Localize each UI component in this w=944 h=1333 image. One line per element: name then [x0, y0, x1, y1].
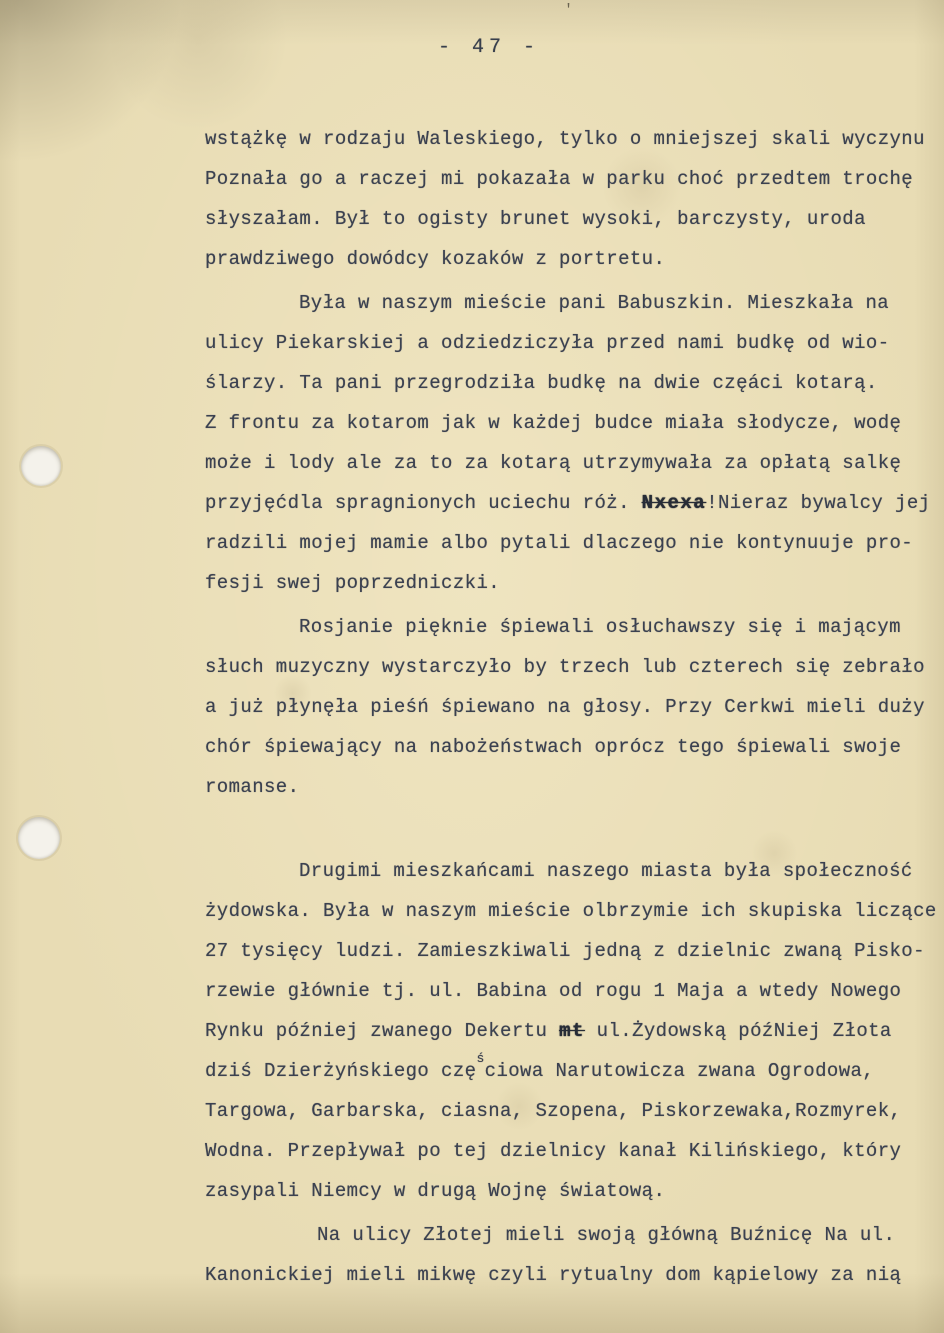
typed-text-segment: może i lody ale za to za kotarą utrzymyw…: [205, 452, 901, 474]
typed-text-segment: rzewie głównie tj. ul. Babina od rogu 1 …: [205, 980, 901, 1002]
typed-line: może i lody ale za to za kotarą utrzymyw…: [205, 443, 929, 483]
typed-text-segment: Drugimi mieszkańcami naszego miasta była…: [299, 860, 913, 882]
typed-line: Drugimi mieszkańcami naszego miasta była…: [205, 851, 929, 891]
typed-text-segment: słyszałam. Był to ogisty brunet wysoki, …: [205, 208, 866, 230]
typed-line: zasypali Niemcy w drugą Wojnę światową.: [205, 1171, 929, 1211]
typed-text-segment: Z frontu za kotarom jak w każdej budce m…: [205, 412, 901, 434]
typed-line: Targowa, Garbarska, ciasna, Szopena, Pis…: [205, 1091, 929, 1131]
typed-line: a już płynęła pieśń śpiewano na głosy. P…: [205, 687, 929, 727]
typed-line: rzewie głównie tj. ul. Babina od rogu 1 …: [205, 971, 929, 1011]
paragraph: wstążkę w rodzaju Waleskiego, tylko o mn…: [205, 119, 929, 279]
typed-text-segment: żydowska. Była w naszym mieście olbrzymi…: [205, 900, 937, 922]
typed-text-segment: wstążkę w rodzaju Waleskiego, tylko o mn…: [205, 128, 925, 150]
punch-hole-bottom: [18, 817, 60, 859]
typed-line: dziś Dzierżyńskiego częściowa Narutowicz…: [205, 1051, 929, 1091]
typed-text-segment: Na ulicy Złotej mieli swoją główną Buźni…: [317, 1224, 895, 1246]
typed-text-segment: !Nieraz bywalcy jej: [706, 492, 930, 514]
typed-text-segment: słuch muzyczny wystarczyło by trzech lub…: [205, 656, 925, 678]
typed-line: ślarzy. Ta pani przegrodziła budkę na dw…: [205, 363, 929, 403]
typed-line: słuch muzyczny wystarczyło by trzech lub…: [205, 647, 929, 687]
typed-line: Rynku później zwanego Dekertu mt ul.Żydo…: [205, 1011, 929, 1051]
struck-out-word: Nxexa: [642, 492, 707, 514]
page-number: - 47 -: [438, 36, 540, 59]
paragraph: Była w naszym mieście pani Babuszkin. Mi…: [205, 283, 929, 603]
paragraph: Drugimi mieszkańcami naszego miasta była…: [205, 851, 929, 1211]
typed-correction: ś: [476, 1054, 484, 1064]
typed-line: ulicy Piekarskiej a odziedziczyła przed …: [205, 323, 929, 363]
typed-line: słyszałam. Był to ogisty brunet wysoki, …: [205, 199, 929, 239]
typed-text-segment: a już płynęła pieśń śpiewano na głosy. P…: [205, 696, 925, 718]
struck-out-word: mt: [559, 1020, 585, 1042]
typed-line: radzili mojej mamie albo pytali dlaczego…: [205, 523, 929, 563]
typed-line: prawdziwego dowódcy kozaków z portretu.: [205, 239, 929, 279]
typed-line: Kanonickiej mieli mikwę czyli rytualny d…: [205, 1255, 929, 1295]
paragraph: Na ulicy Złotej mieli swoją główną Buźni…: [205, 1215, 929, 1295]
typed-text-segment: Poznała go a raczej mi pokazała w parku …: [205, 168, 913, 190]
typed-text-segment: ciowa Narutowicza zwana Ogrodowa,: [485, 1060, 874, 1082]
typed-line: fesji swej poprzedniczki.: [205, 563, 929, 603]
typed-text-segment: ulicy Piekarskiej a odziedziczyła przed …: [205, 332, 890, 354]
typed-text-segment: chór śpiewający na nabożeństwach oprócz …: [205, 736, 901, 758]
punch-hole-top: [21, 446, 61, 486]
typed-line: Wodna. Przepływał po tej dzielnicy kanał…: [205, 1131, 929, 1171]
typed-line: przyjęćdla spragnionych uciechu róż. Nxe…: [205, 483, 929, 523]
typed-line: Była w naszym mieście pani Babuszkin. Mi…: [205, 283, 929, 323]
typed-line: Poznała go a raczej mi pokazała w parku …: [205, 159, 929, 199]
typed-text-segment: Rosjanie pięknie śpiewali osłuchawszy si…: [299, 616, 901, 638]
stray-ink-mark: ': [564, 2, 573, 19]
typed-line: romanse.: [205, 767, 929, 807]
typed-text-segment: ul.Żydowską późNiej Złota: [585, 1020, 892, 1042]
typed-text-segment: fesji swej poprzedniczki.: [205, 572, 500, 594]
typed-line: 27 tysięcy ludzi. Zamieszkiwali jedną z …: [205, 931, 929, 971]
typed-text-segment: prawdziwego dowódcy kozaków z portretu.: [205, 248, 665, 270]
paragraph: Rosjanie pięknie śpiewali osłuchawszy si…: [205, 607, 929, 807]
typewritten-document-page: ' - 47 - wstążkę w rodzaju Waleskiego, t…: [0, 0, 944, 1333]
typed-text-segment: romanse.: [205, 776, 299, 798]
typed-line: Rosjanie pięknie śpiewali osłuchawszy si…: [205, 607, 929, 647]
typed-text: wstążkę w rodzaju Waleskiego, tylko o mn…: [205, 119, 929, 1299]
typed-text-segment: Wodna. Przepływał po tej dzielnicy kanał…: [205, 1140, 901, 1162]
typed-text-segment: dziś Dzierżyńskiego czę: [205, 1060, 476, 1082]
typed-text-segment: radzili mojej mamie albo pytali dlaczego…: [205, 532, 913, 554]
typed-text-segment: przyjęćdla spragnionych uciechu róż.: [205, 492, 642, 514]
typed-text-segment: Rynku później zwanego Dekertu: [205, 1020, 559, 1042]
typed-text-segment: zasypali Niemcy w drugą Wojnę światową.: [205, 1180, 665, 1202]
typed-text-segment: ślarzy. Ta pani przegrodziła budkę na dw…: [205, 372, 878, 394]
typed-line: Na ulicy Złotej mieli swoją główną Buźni…: [205, 1215, 929, 1255]
typed-line: Z frontu za kotarom jak w każdej budce m…: [205, 403, 929, 443]
typed-text-segment: Kanonickiej mieli mikwę czyli rytualny d…: [205, 1264, 901, 1286]
typed-line: żydowska. Była w naszym mieście olbrzymi…: [205, 891, 929, 931]
typed-text-segment: Targowa, Garbarska, ciasna, Szopena, Pis…: [205, 1100, 901, 1122]
typed-text-segment: 27 tysięcy ludzi. Zamieszkiwali jedną z …: [205, 940, 925, 962]
typed-line: wstążkę w rodzaju Waleskiego, tylko o mn…: [205, 119, 929, 159]
typed-text-segment: Była w naszym mieście pani Babuszkin. Mi…: [299, 292, 889, 314]
typed-line: chór śpiewający na nabożeństwach oprócz …: [205, 727, 929, 767]
